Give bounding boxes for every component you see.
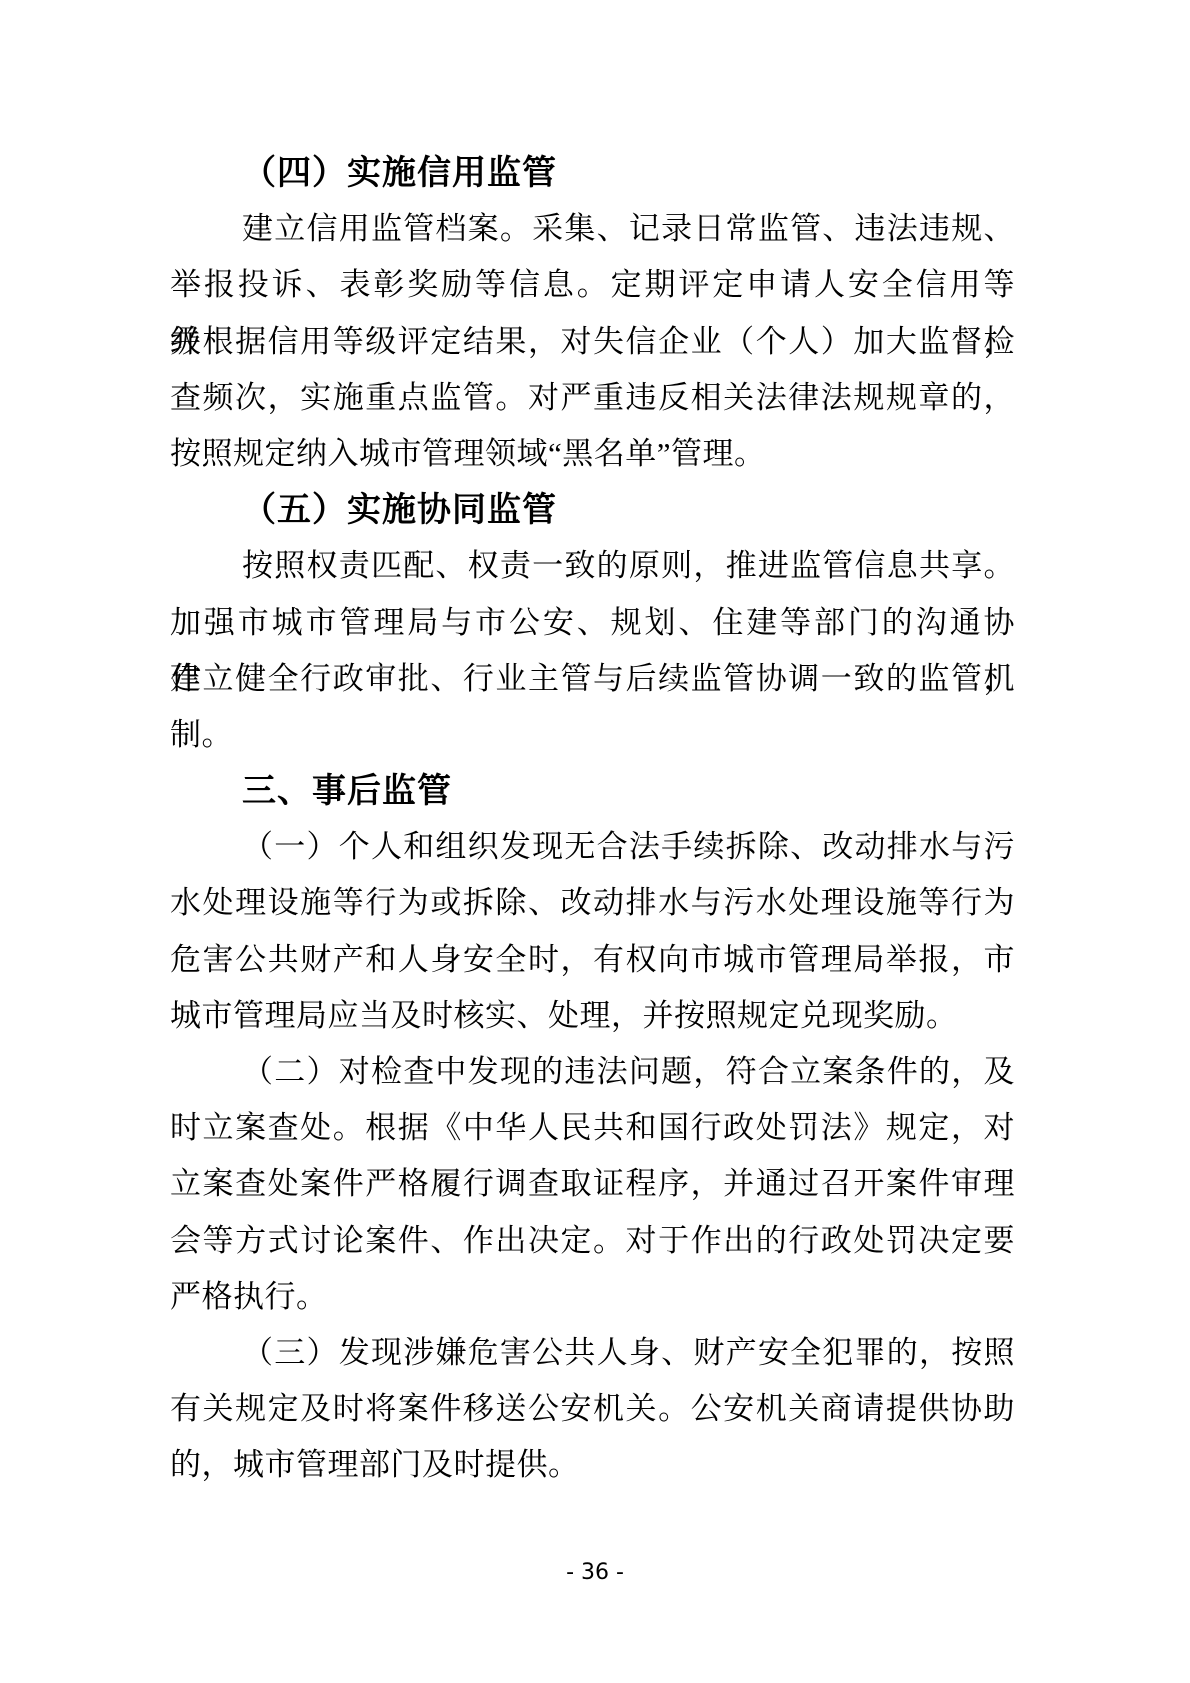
document-body: （四）实施信用监管建立信用监管档案。采集、记录日常监管、违法违规、举报投诉、表彰…: [170, 145, 1015, 1494]
text-line: 举报投诉、表彰奖励等信息。定期评定申请人安全信用等级，: [170, 257, 1015, 313]
text-line: 加强市城市管理局与市公安、规划、住建等部门的沟通协作，: [170, 595, 1015, 651]
text-line: 并根据信用等级评定结果，对失信企业（个人）加大监督检: [170, 314, 1015, 370]
text-line: （一）个人和组织发现无合法手续拆除、改动排水与污: [170, 819, 1015, 875]
text-line: 时立案查处。根据《中华人民共和国行政处罚法》规定，对: [170, 1100, 1015, 1156]
section-heading: 三、事后监管: [170, 763, 1015, 819]
text-line: 建立信用监管档案。采集、记录日常监管、违法违规、: [170, 201, 1015, 257]
text-line: （三）发现涉嫌危害公共人身、财产安全犯罪的，按照: [170, 1325, 1015, 1381]
text-line: 立案查处案件严格履行调查取证程序，并通过召开案件审理: [170, 1156, 1015, 1212]
text-line: 的，城市管理部门及时提供。: [170, 1437, 1015, 1493]
text-line: （二）对检查中发现的违法问题，符合立案条件的，及: [170, 1044, 1015, 1100]
page-number: - 36 -: [0, 1560, 1190, 1586]
text-line: 会等方式讨论案件、作出决定。对于作出的行政处罚决定要: [170, 1213, 1015, 1269]
text-line: 城市管理局应当及时核实、处理，并按照规定兑现奖励。: [170, 988, 1015, 1044]
text-line: 按照规定纳入城市管理领域“黑名单”管理。: [170, 426, 1015, 482]
text-line: 查频次，实施重点监管。对严重违反相关法律法规规章的，: [170, 370, 1015, 426]
text-line: 严格执行。: [170, 1269, 1015, 1325]
text-line: 制。: [170, 707, 1015, 763]
document-page: （四）实施信用监管建立信用监管档案。采集、记录日常监管、违法违规、举报投诉、表彰…: [0, 0, 1190, 1683]
section-heading: （四）实施信用监管: [170, 145, 1015, 201]
text-line: 危害公共财产和人身安全时，有权向市城市管理局举报，市: [170, 932, 1015, 988]
text-line: 有关规定及时将案件移送公安机关。公安机关商请提供协助: [170, 1381, 1015, 1437]
text-line: 按照权责匹配、权责一致的原则，推进监管信息共享。: [170, 538, 1015, 594]
section-heading: （五）实施协同监管: [170, 482, 1015, 538]
text-line: 水处理设施等行为或拆除、改动排水与污水处理设施等行为: [170, 875, 1015, 931]
text-line: 建立健全行政审批、行业主管与后续监管协调一致的监管机: [170, 651, 1015, 707]
